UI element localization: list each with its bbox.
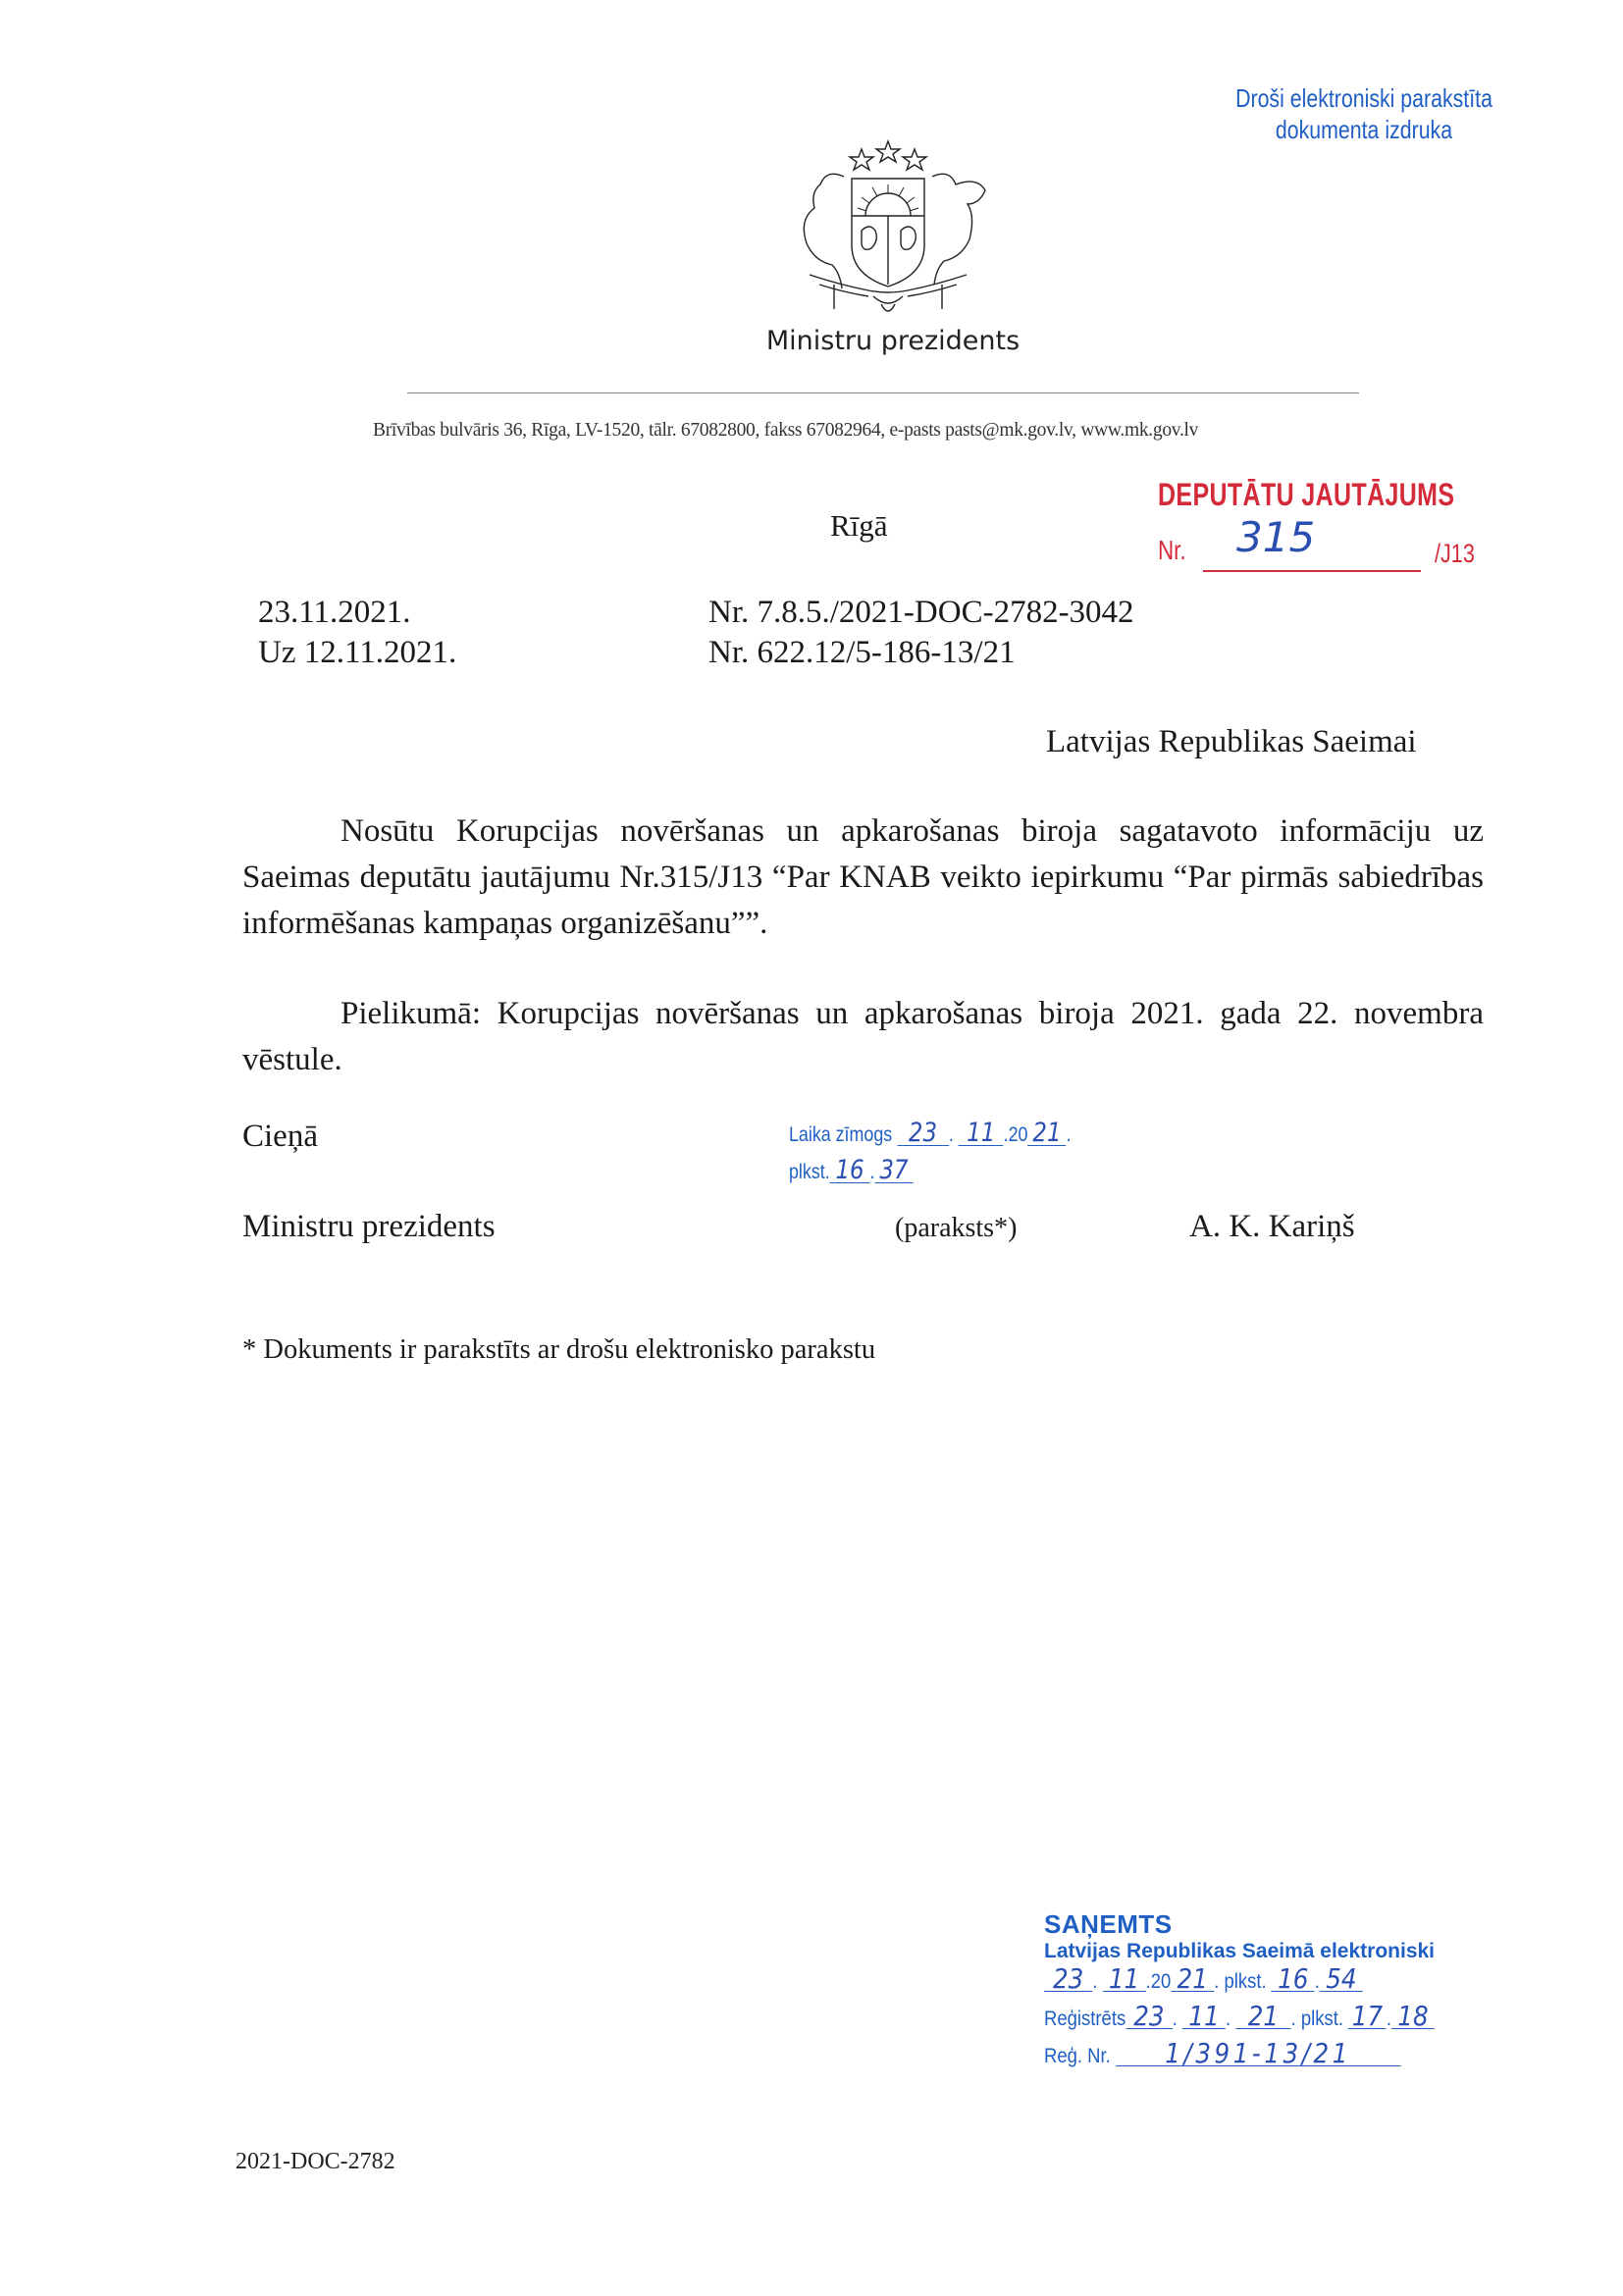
esign-printout-note: Droši elektroniski parakstīta dokumenta … [1235,82,1492,145]
reg-nr-value: 1/391-13/21 [1116,2042,1400,2066]
signature-placeholder: (paraksts*) [895,1213,1017,1244]
received-time-label: plkst. [1225,1970,1267,1993]
received-hour: 16 [1272,1967,1315,1992]
registered-year: 21 [1235,2005,1290,2029]
outgoing-reference: Nr. 7.8.5./2021-DOC-2782-3042 [708,593,1134,633]
document-code: 2021-DOC-2782 [236,2149,395,2175]
time-stamp-day: 23 [897,1122,949,1146]
registered-minute: 18 [1391,2005,1435,2029]
reply-to-date: Uz 12.11.2021. [258,633,456,673]
esign-note-line1: Droši elektroniski parakstīta [1235,82,1492,114]
body-paragraph-2: Pielikumā: Korupcijas novēršanas un apka… [242,991,1484,1083]
latvia-coat-of-arms-icon [775,137,1001,324]
received-year-prefix: 20 [1151,1970,1172,1993]
time-stamp: Laika zīmogs 23. 11.2021. plkst.16.37 [789,1117,1072,1191]
letter-date: 23.11.2021. [258,593,456,633]
registration-number-row: Reģ. Nr. 1/391-13/21 [1044,2042,1424,2075]
body-paragraph-1-text: Nosūtu Korupcijas novēršanas un apkaroša… [242,813,1484,941]
reg-nr-label: Reģ. Nr. [1044,2045,1111,2067]
footnote: * Dokuments ir parakstīts ar drošu elekt… [242,1334,875,1366]
deputy-question-stamp: DEPUTĀTU JAUTĀJUMS Nr. 315 /J13 [1158,477,1472,568]
time-stamp-hour: 16 [830,1159,870,1183]
received-month: 11 [1103,1967,1146,1992]
place-of-issue: Rīgā [830,508,888,544]
registered-label: Reģistrēts [1044,2008,1126,2030]
received-date-row: 23. 11.2021. plkst. 16.54 [1044,1967,1424,2001]
time-stamp-minute: 37 [874,1159,913,1183]
received-day: 23 [1044,1967,1092,1992]
office-title: Ministru prezidents [687,326,1099,356]
esign-note-line2: dokumenta izdruka [1235,114,1492,145]
signer-role: Ministru prezidents [242,1209,496,1245]
recipient: Latvijas Republikas Saeimai [1046,724,1417,760]
time-stamp-year-prefix: 20 [1009,1123,1028,1146]
deputy-stamp-nr-value: 315 [1236,513,1315,561]
time-stamp-label: Laika zīmogs [789,1123,892,1146]
body-paragraph-2-text: Pielikumā: Korupcijas novēršanas un apka… [242,996,1484,1077]
deputy-stamp-nr-suffix: /J13 [1435,539,1475,569]
incoming-reference: Nr. 622.12/5-186-13/21 [708,633,1134,673]
received-stamp-title: SAŅEMTS [1044,1909,1476,1940]
date-block: 23.11.2021. Uz 12.11.2021. [258,593,456,673]
received-year-suffix: 21 [1171,1967,1214,1992]
registered-time-label: plkst. [1301,2008,1343,2030]
time-stamp-date-row: Laika zīmogs 23. 11.2021. [789,1117,1072,1154]
contact-line: Brīvības bulvāris 36, Rīga, LV-1520, tāl… [373,420,1452,442]
body-paragraph-1: Nosūtu Korupcijas novēršanas un apkaroša… [242,809,1484,947]
time-stamp-year-suffix: 21 [1027,1122,1066,1146]
registered-day: 23 [1126,2005,1173,2029]
received-stamp-subtitle: Latvijas Republikas Saeimā elektroniski [1044,1940,1476,1963]
time-stamp-time-row: plkst.16.37 [789,1154,1072,1191]
deputy-stamp-underline [1203,570,1421,572]
deputy-stamp-nr-label: Nr. [1158,535,1186,566]
deputy-stamp-number-row: Nr. 315 /J13 [1158,513,1472,568]
deputy-stamp-title: DEPUTĀTU JAUTĀJUMS [1158,477,1403,513]
received-stamp: SAŅEMTS Latvijas Republikas Saeimā elekt… [1044,1909,1476,2075]
reference-block: Nr. 7.8.5./2021-DOC-2782-3042 Nr. 622.12… [708,593,1134,673]
time-stamp-month: 11 [959,1122,1004,1146]
received-minute: 54 [1320,1967,1363,1992]
registered-row: Reģistrēts23. 11. 21. plkst. 17.18 [1044,2005,1424,2038]
header-divider [407,392,1359,393]
registered-hour: 17 [1348,2005,1387,2029]
greeting: Cieņā [242,1119,318,1155]
registered-month: 11 [1182,2005,1226,2029]
time-stamp-time-label: plkst. [789,1161,830,1183]
signer-name: A. K. Kariņš [1189,1209,1355,1245]
